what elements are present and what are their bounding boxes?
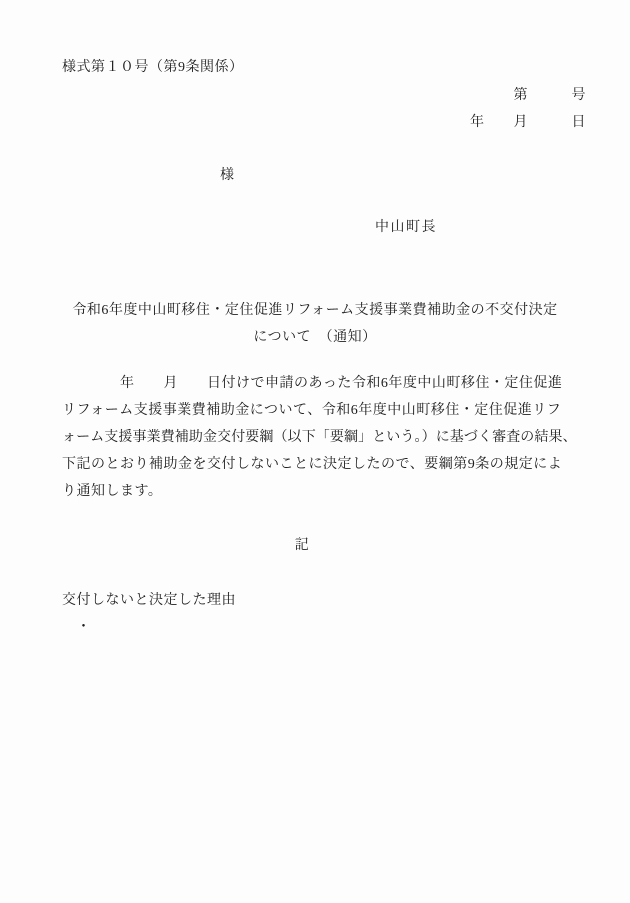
document-page: 様式第１０号（第9条関係） 第 号 年 月 日 様 中山町長 令和6年度中山町移… [0,0,630,903]
body-paragraph-line-2: リフォーム支援事業費補助金について、令和6年度中山町移住・定住促進リフ [62,403,561,419]
document-number-blank: 第 号 [514,88,587,104]
sender-title: 中山町長 [375,220,437,236]
ki-section-marker: 記 [0,538,604,554]
reason-heading: 交付しないと決定した理由 [62,593,236,609]
date-blank: 年 月 日 [470,115,586,131]
form-number: 様式第１０号（第9条関係） [62,60,244,76]
body-paragraph-line-1: 年 月 日付けで申請のあった令和6年度中山町移住・定住促進 [62,376,562,392]
body-paragraph-line-5: り通知します。 [62,484,162,500]
body-paragraph-line-3: ォーム支援事業費補助金交付要綱（以下「要綱」という。）に基づく審査の結果、 [62,430,577,446]
document-title-line-1: 令和6年度中山町移住・定住促進リフォーム支援事業費補助金の不交付決定 [0,303,630,319]
body-paragraph-line-4: 下記のとおり補助金を交付しないことに決定したので、要綱第9条の規定によ [62,457,562,473]
document-title-line-2: について （通知） [0,330,630,346]
reason-bullet: ・ [62,620,91,636]
addressee-suffix: 様 [220,168,235,184]
